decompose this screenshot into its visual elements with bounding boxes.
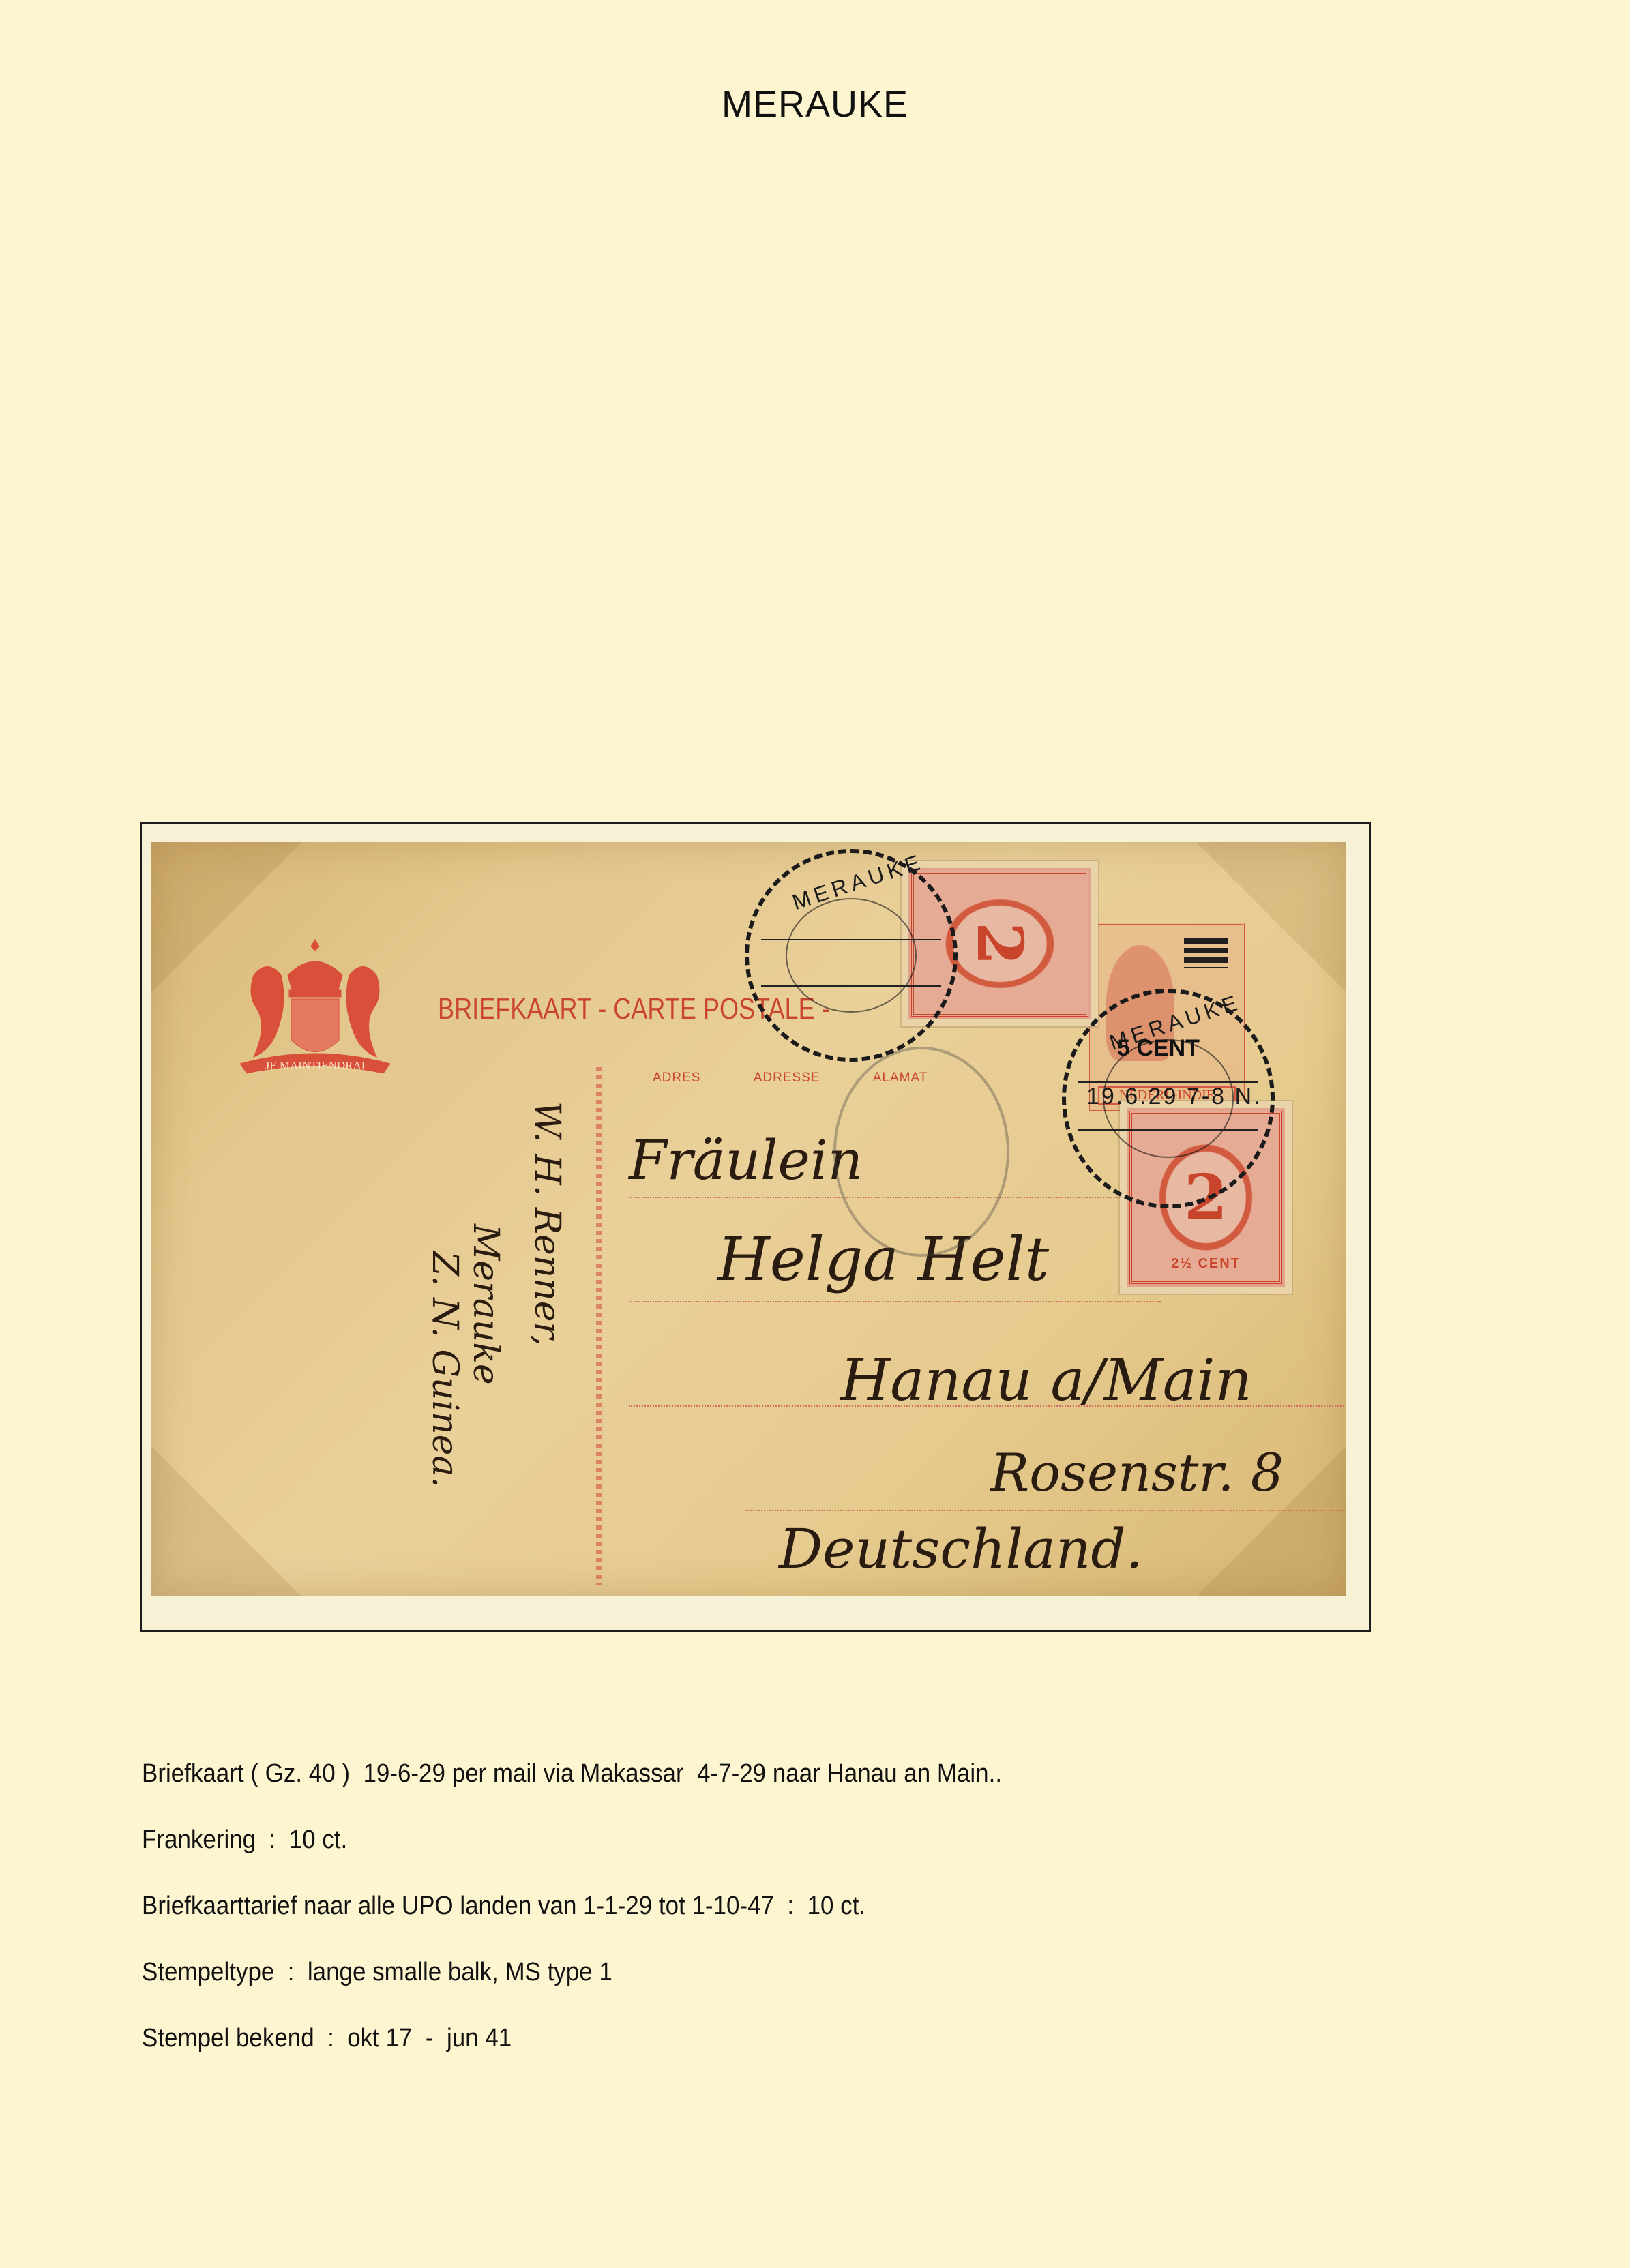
recipient-line: Rosenstr. 8 — [990, 1442, 1284, 1503]
recipient-line: Hanau a/Main — [840, 1347, 1252, 1414]
sender-line: Z. N. Guinea. — [424, 1251, 465, 1488]
photo-corner — [151, 1446, 301, 1596]
postmark: MERAUKE 19.6.29 7-8 N. — [1062, 989, 1275, 1208]
coat-of-arms-icon: JE MAINTIENDRAI — [226, 934, 404, 1081]
note-line: Briefkaart ( Gz. 40 ) 19-6-29 per mail v… — [142, 1759, 1002, 1825]
stamp-numeral: 2 — [963, 858, 1037, 1030]
address-line — [745, 1510, 1346, 1511]
postcard: JE MAINTIENDRAI BRIEFKAART - CARTE POSTA… — [151, 842, 1346, 1596]
card-divider — [596, 1067, 602, 1585]
stamp-value: 2½ CENT — [1132, 1256, 1279, 1272]
address-label: ADRES — [653, 1071, 700, 1085]
sender-line: Merauke — [465, 1224, 506, 1385]
postcard-mount: JE MAINTIENDRAI BRIEFKAART - CARTE POSTA… — [140, 822, 1371, 1632]
sender-line: W. H. Renner, — [527, 1101, 567, 1346]
description-notes: Briefkaart ( Gz. 40 ) 19-6-29 per mail v… — [142, 1759, 1077, 2090]
note-line: Stempeltype : lange smalle balk, MS type… — [142, 1958, 1002, 2024]
recipient-line: Fräulein — [629, 1129, 863, 1192]
note-line: Briefkaarttarief naar alle UPO landen va… — [142, 1892, 1002, 1958]
page-title: MERAUKE — [0, 83, 1630, 125]
note-line: Stempel bekend : okt 17 - jun 41 — [142, 2024, 1002, 2090]
svg-text:JE MAINTIENDRAI: JE MAINTIENDRAI — [265, 1059, 366, 1072]
address-line — [629, 1301, 1161, 1302]
recipient-line: Deutschland. — [779, 1517, 1143, 1581]
postmark: MERAUKE — [745, 849, 958, 1062]
arrival-postmark — [833, 1047, 1009, 1257]
obliteration-bars — [1184, 938, 1228, 968]
address-label: ADRESSE — [754, 1071, 820, 1085]
sender-block: W. H. Renner, Merauke Z. N. Guinea. — [336, 1088, 581, 1565]
note-line: Frankering : 10 ct. — [142, 1825, 1002, 1892]
